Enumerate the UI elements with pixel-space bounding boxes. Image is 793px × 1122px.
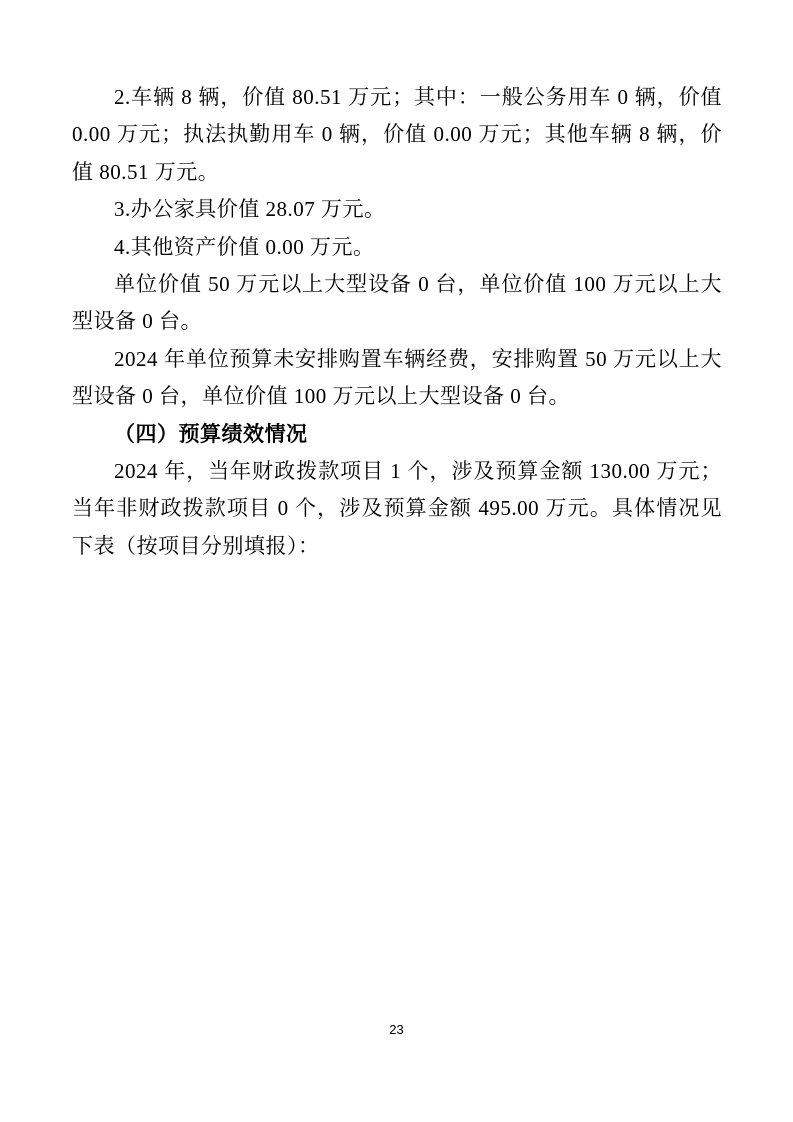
paragraph-vehicles-value: 2.车辆 8 辆，价值 80.51 万元；其中：一般公务用车 0 辆，价值 0.…	[72, 79, 722, 191]
paragraph-2024-procurement-plan: 2024 年单位预算未安排购置车辆经费，安排购置 50 万元以上大型设备 0 台…	[72, 341, 722, 416]
document-body: 2.车辆 8 辆，价值 80.51 万元；其中：一般公务用车 0 辆，价值 0.…	[72, 79, 722, 565]
paragraph-budget-performance-detail: 2024 年，当年财政拨款项目 1 个，涉及预算金额 130.00 万元；当年非…	[72, 453, 722, 565]
page-number: 23	[0, 1022, 793, 1037]
document-page: 2.车辆 8 辆，价值 80.51 万元；其中：一般公务用车 0 辆，价值 0.…	[0, 0, 793, 1122]
paragraph-office-furniture-value: 3.办公家具价值 28.07 万元。	[72, 191, 722, 228]
section-heading-budget-performance: （四）预算绩效情况	[72, 416, 722, 453]
paragraph-large-equipment-count: 单位价值 50 万元以上大型设备 0 台，单位价值 100 万元以上大型设备 0…	[72, 266, 722, 341]
paragraph-other-assets-value: 4.其他资产价值 0.00 万元。	[72, 229, 722, 266]
